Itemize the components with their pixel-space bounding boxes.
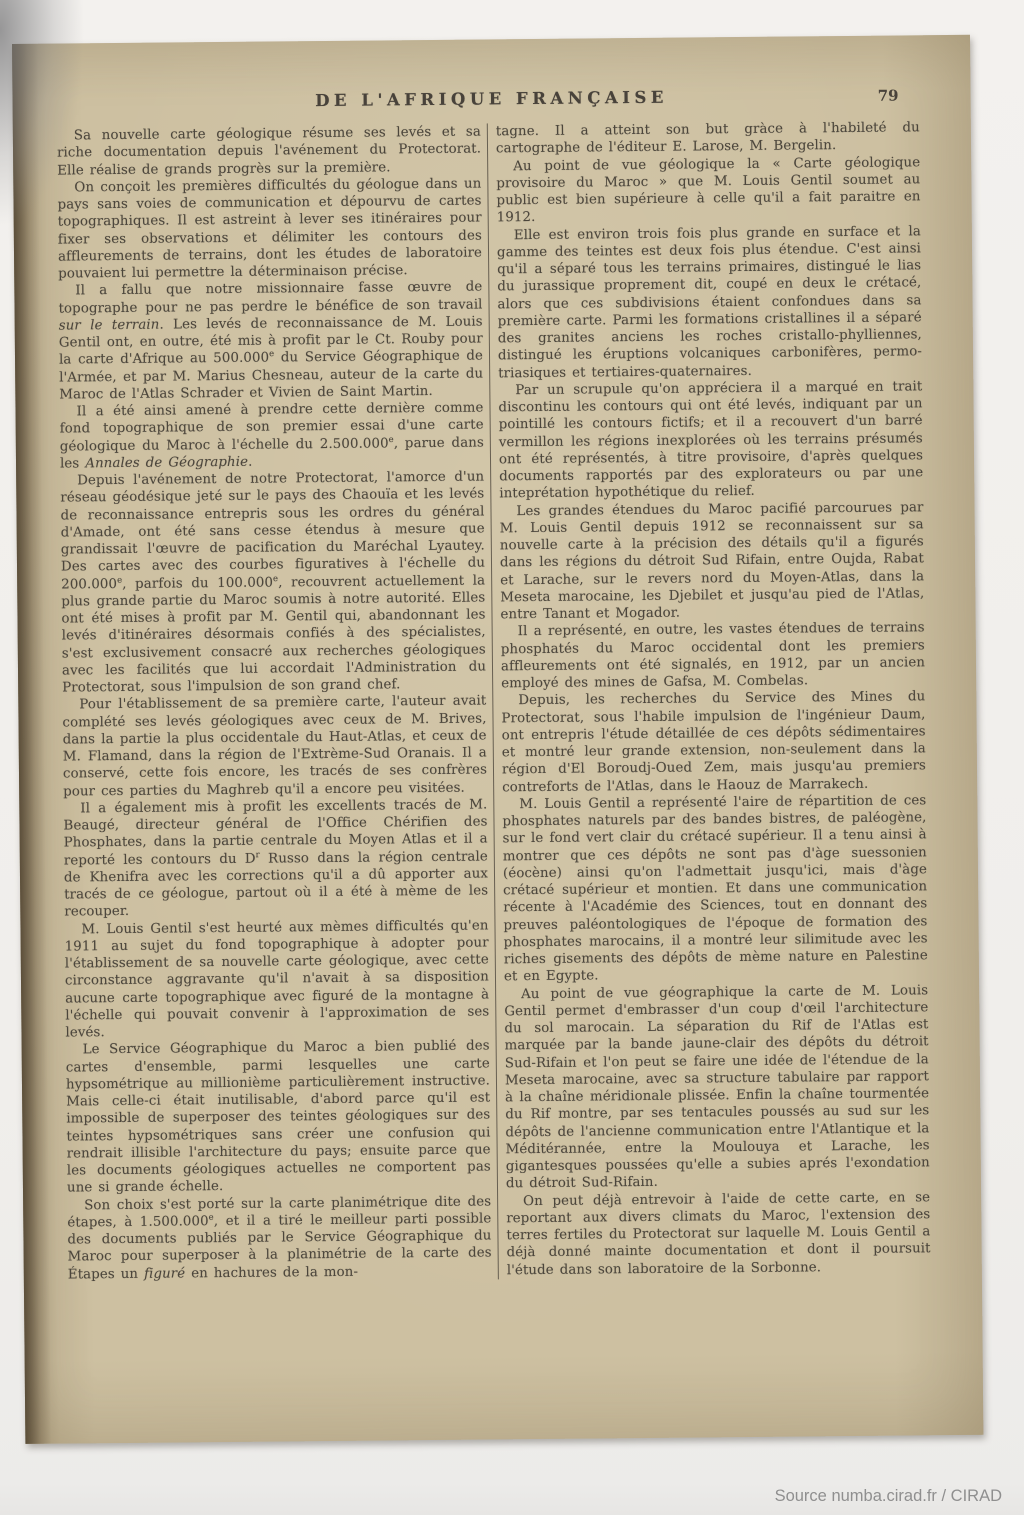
paragraph: Il a également mis à profit les excellen… xyxy=(63,796,488,921)
text-column-right: tagne. Il a atteint son but gràce à l'ha… xyxy=(487,119,931,1279)
paragraph: On peut déjà entrevoir à l'aide de cette… xyxy=(506,1189,931,1279)
page-header: DE L'AFRIQUE FRANÇAISE 79 xyxy=(56,85,926,119)
paragraph: Au point de vue géographique la carte de… xyxy=(504,982,930,1193)
source-attribution-text: Source numba.cirad.fr / CIRAD xyxy=(775,1487,1002,1506)
page-scan: DE L'AFRIQUE FRANÇAISE 79 Sa nouvelle ca… xyxy=(12,35,983,1444)
paragraph: Par un scrupule qu'on appréciera il a ma… xyxy=(498,378,923,503)
paragraph: Sa nouvelle carte géologique résume ses … xyxy=(57,124,481,180)
paragraph: M. Louis Gentil a représenté l'aire de r… xyxy=(502,792,928,986)
page-number: 79 xyxy=(878,86,899,104)
paragraph: Le Service Géographique du Maroc a bien … xyxy=(66,1038,491,1197)
paragraph: Pour l'établissement de sa première cart… xyxy=(62,693,487,801)
source-attribution-bar: Source numba.cirad.fr / CIRAD xyxy=(0,1483,1024,1515)
paragraph: M. Louis Gentil s'est heurté aux mèmes d… xyxy=(64,917,489,1042)
paragraph: tagne. Il a atteint son but gràce à l'ha… xyxy=(496,119,920,158)
paragraph: Il a représenté, en outre, les vastes ét… xyxy=(501,620,926,693)
text-column-left: Sa nouvelle carte géologique résume ses … xyxy=(57,123,498,1283)
paragraph: On conçoit les premières difficultés du … xyxy=(57,175,482,283)
paragraph: Depuis, les recherches du Service des Mi… xyxy=(501,689,926,797)
paragraph: Depuis l'avénement de notre Protectorat,… xyxy=(60,468,486,696)
text-columns: Sa nouvelle carte géologique résume ses … xyxy=(57,119,938,1283)
binding-gutter-shadow xyxy=(12,44,51,1444)
paragraph: Il a fallu que notre missionnaire fasse … xyxy=(58,279,483,404)
paragraph: Son choix s'est porté sur la carte plani… xyxy=(67,1193,492,1283)
paragraph: Elle est environ trois fois plus grande … xyxy=(497,223,922,382)
paragraph: Au point de vue géologique la « Carte gé… xyxy=(496,154,921,227)
paragraph: Les grandes étendues du Maroc pacifié pa… xyxy=(499,499,924,624)
scan-background: DE L'AFRIQUE FRANÇAISE 79 Sa nouvelle ca… xyxy=(0,0,1024,1515)
paragraph: Il a été ainsi amené à prendre cette der… xyxy=(59,399,484,472)
journal-title: DE L'AFRIQUE FRANÇAISE xyxy=(56,85,926,112)
